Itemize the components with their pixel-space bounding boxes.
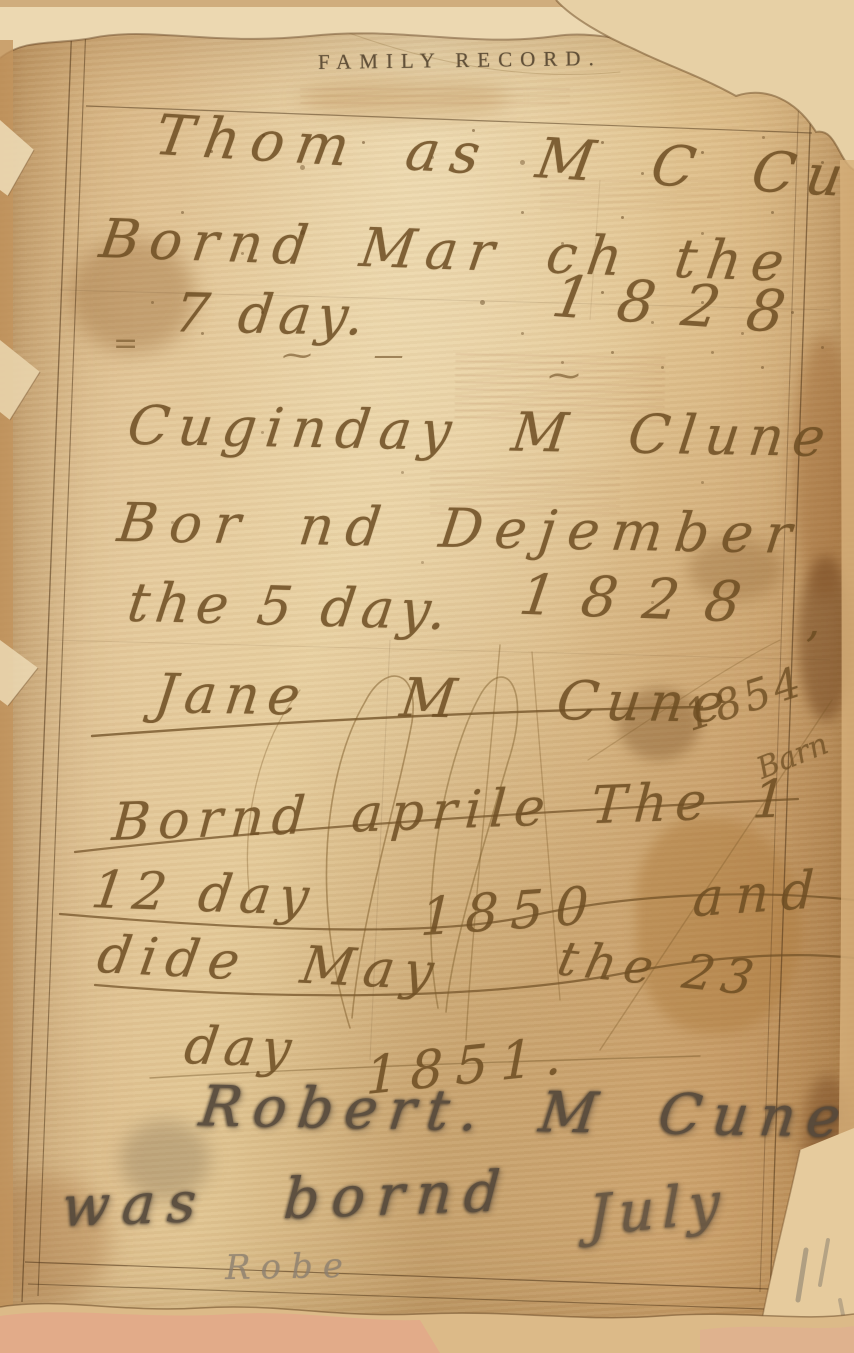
torn-edge-bottom <box>0 1304 854 1353</box>
torn-edge-left <box>0 40 40 1320</box>
entry-robert-name: Robert. M Cune <box>197 1079 854 1146</box>
entry-thomas-name: Thom as M C Cune <box>151 108 854 212</box>
page-title: FAMILY RECORD. <box>318 46 602 75</box>
entry-jane-died-day: the 23 <box>554 935 766 1003</box>
pen-mark: = <box>113 326 138 361</box>
entry-thomas-day: 7 day. <box>172 286 373 343</box>
entry-jane-day-word: day <box>181 1020 300 1076</box>
entry-robert-faint: Robe <box>225 1249 354 1285</box>
entry-jane-name: Jane M Cune <box>152 667 736 731</box>
entry-cuginday-name: Cuginday M Clune <box>125 399 837 465</box>
pen-mark: ⁓ <box>548 356 580 394</box>
entry-jane-year: 1850 and <box>420 864 827 945</box>
bleedthrough-print <box>300 86 570 104</box>
scanned-family-record-page: FAMILY RECORD. Thom as M C Cune Bornd Ma… <box>0 0 854 1353</box>
entry-cuginday-day: the 5 day. <box>125 576 456 638</box>
pen-mark: ⁓ — <box>282 338 430 373</box>
entry-thomas-year: 1828 <box>548 267 817 343</box>
entry-robert-born: was bornd <box>60 1164 514 1236</box>
ink-speckles <box>0 0 3 3</box>
entry-cuginday-born: Bor nd Dejember <box>115 496 807 562</box>
entry-jane-born: Bornd aprile The 1 <box>110 773 795 849</box>
entry-robert-month: July <box>588 1175 727 1246</box>
entry-jane-died: dide May <box>94 929 446 999</box>
entry-cuginday-year: 1828 <box>516 568 770 632</box>
entry-cuginday-comma: , <box>806 600 820 644</box>
entry-jane-day: 12 day <box>88 864 320 924</box>
